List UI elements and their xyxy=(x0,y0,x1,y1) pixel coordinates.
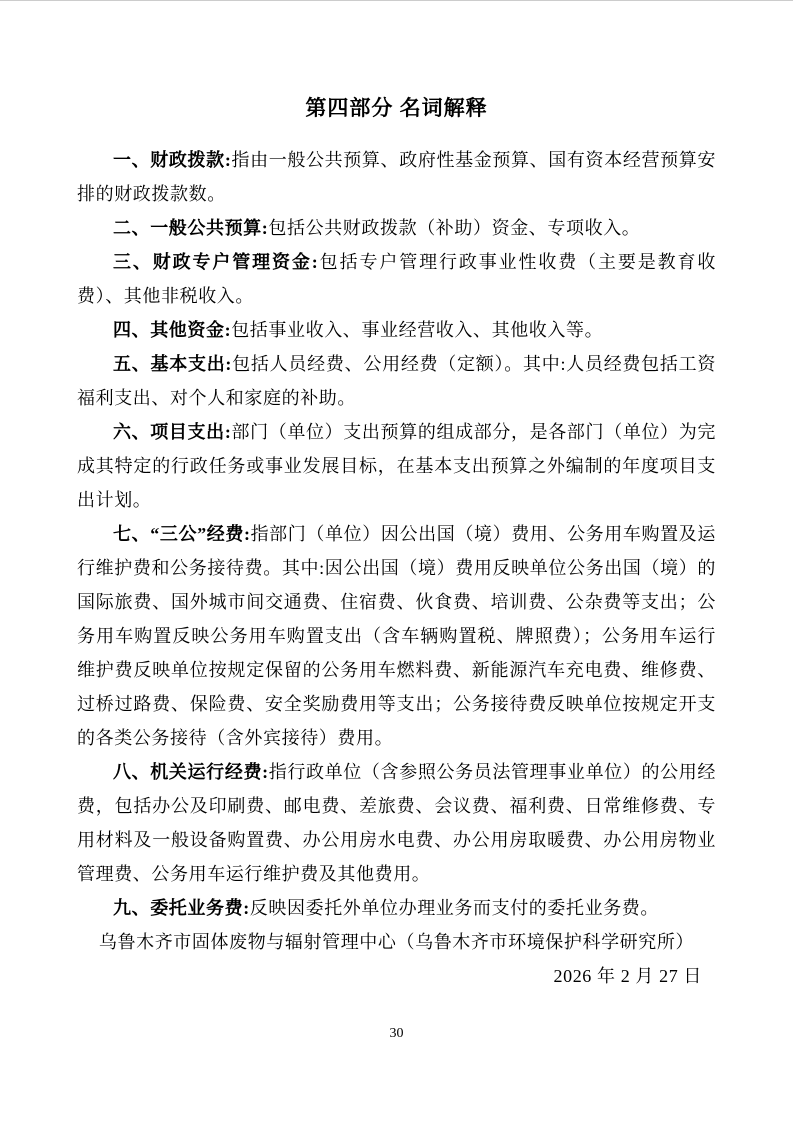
glossary-term: 六、项目支出: xyxy=(113,422,231,442)
glossary-paragraph: 一、财政拨款:指由一般公共预算、政府性基金预算、国有资本经营预算安排的财政拨款数… xyxy=(77,143,716,211)
glossary-term: 四、其他资金: xyxy=(113,320,231,340)
glossary-term: 五、基本支出: xyxy=(113,354,232,374)
glossary-term: 八、机关运行经费: xyxy=(113,762,269,782)
glossary-term: 九、委托业务费: xyxy=(113,898,250,918)
glossary-paragraph: 八、机关运行经费:指行政单位（含参照公务员法管理事业单位）的公用经费，包括办公及… xyxy=(77,755,716,891)
glossary-paragraph: 六、项目支出:部门（单位）支出预算的组成部分，是各部门（单位）为完成其特定的行政… xyxy=(77,415,716,517)
glossary-definition: 指部门（单位）因公出国（境）费用、公务用车购置及运行维护费和公务接待费。其中:因… xyxy=(77,524,716,748)
date-line: 2026 年 2 月 27 日 xyxy=(77,959,716,993)
glossary-paragraph: 九、委托业务费:反映因委托外单位办理业务而支付的委托业务费。 xyxy=(77,891,716,925)
glossary-term: 一、财政拨款: xyxy=(113,150,231,170)
glossary-paragraph: 五、基本支出:包括人员经费、公用经费（定额）。其中:人员经费包括工资福利支出、对… xyxy=(77,347,716,415)
signature-line: 乌鲁木齐市固体废物与辐射管理中心（乌鲁木齐市环境保护科学研究所） xyxy=(77,925,716,959)
glossary-definition: 包括事业收入、事业经营收入、其他收入等。 xyxy=(231,320,603,340)
glossary-paragraph: 二、一般公共预算:包括公共财政拨款（补助）资金、专项收入。 xyxy=(77,211,716,245)
glossary-definition: 反映因委托外单位办理业务而支付的委托业务费。 xyxy=(250,898,659,918)
glossary-definition: 包括公共财政拨款（补助）资金、专项收入。 xyxy=(268,218,640,238)
glossary-paragraph: 七、“三公”经费:指部门（单位）因公出国（境）费用、公务用车购置及运行维护费和公… xyxy=(77,517,716,755)
glossary-paragraph: 四、其他资金:包括事业收入、事业经营收入、其他收入等。 xyxy=(77,313,716,347)
document-page: 第四部分 名词解释 一、财政拨款:指由一般公共预算、政府性基金预算、国有资本经营… xyxy=(0,0,793,1122)
page-title: 第四部分 名词解释 xyxy=(77,93,716,123)
glossary-paragraph: 三、财政专户管理资金:包括专户管理行政事业性收费（主要是教育收费）、其他非税收入… xyxy=(77,245,716,313)
page-number: 30 xyxy=(0,1025,793,1043)
document-content: 第四部分 名词解释 一、财政拨款:指由一般公共预算、政府性基金预算、国有资本经营… xyxy=(77,93,716,993)
glossary-term: 二、一般公共预算: xyxy=(113,218,268,238)
glossary-list: 一、财政拨款:指由一般公共预算、政府性基金预算、国有资本经营预算安排的财政拨款数… xyxy=(77,143,716,925)
glossary-term: 七、“三公”经费: xyxy=(113,524,251,544)
glossary-term: 三、财政专户管理资金: xyxy=(113,252,318,272)
